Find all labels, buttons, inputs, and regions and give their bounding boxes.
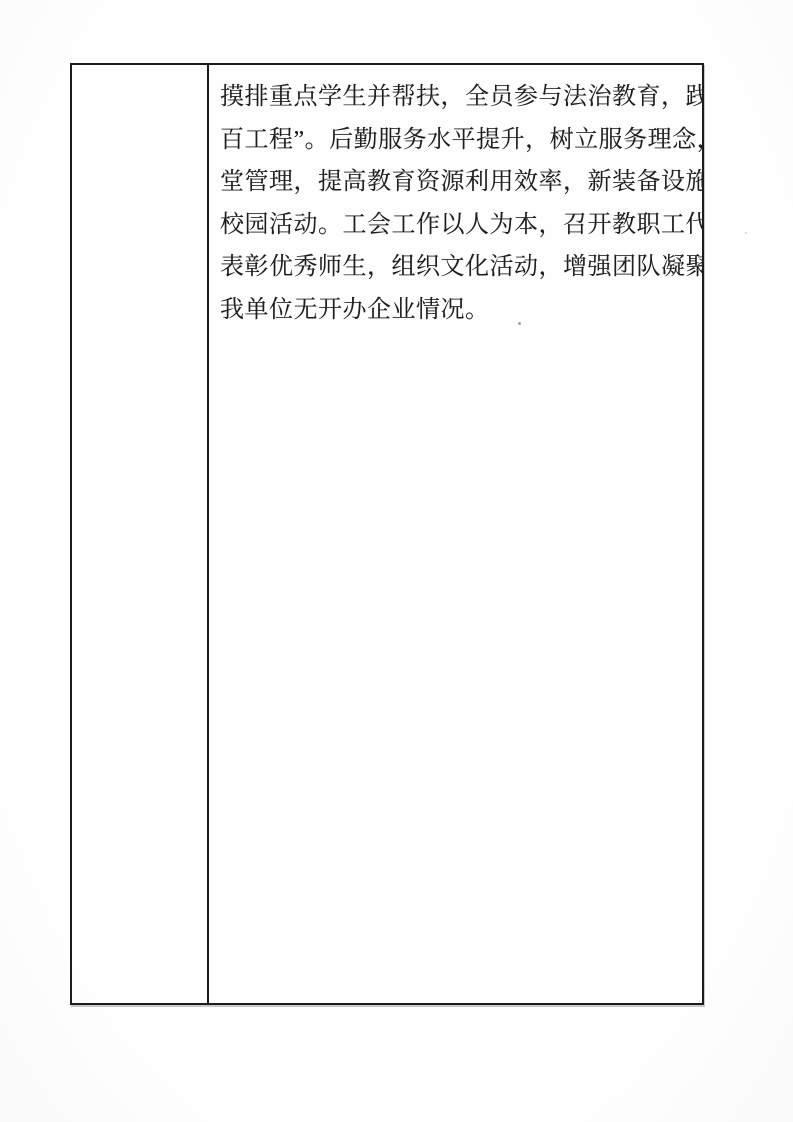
text-line: 校园活动。工会工作以人为本，召开教职工代表大会， — [220, 204, 694, 247]
report-table: 摸排重点学生并帮扶，全员参与法治教育，践行“双 百工程”。后勤服务水平提升，树立… — [70, 63, 704, 1005]
text-line: 表彰优秀师生，组织文化活动，增强团队凝聚力。 — [220, 246, 694, 289]
scan-speck — [745, 232, 747, 234]
document-page: 摸排重点学生并帮扶，全员参与法治教育，践行“双 百工程”。后勤服务水平提升，树立… — [0, 0, 793, 1122]
text-line: 摸排重点学生并帮扶，全员参与法治教育，践行“双 — [220, 76, 694, 119]
text-line: 我单位无开办企业情况。 — [220, 289, 694, 332]
text-line: 百工程”。后勤服务水平提升，树立服务理念，完善食 — [220, 119, 694, 162]
table-cell-label-column — [72, 65, 209, 1003]
table-cell-content-column: 摸排重点学生并帮扶，全员参与法治教育，践行“双 百工程”。后勤服务水平提升，树立… — [209, 65, 702, 1003]
text-line: 堂管理，提高教育资源利用效率，新装备设施，丰富 — [220, 161, 694, 204]
